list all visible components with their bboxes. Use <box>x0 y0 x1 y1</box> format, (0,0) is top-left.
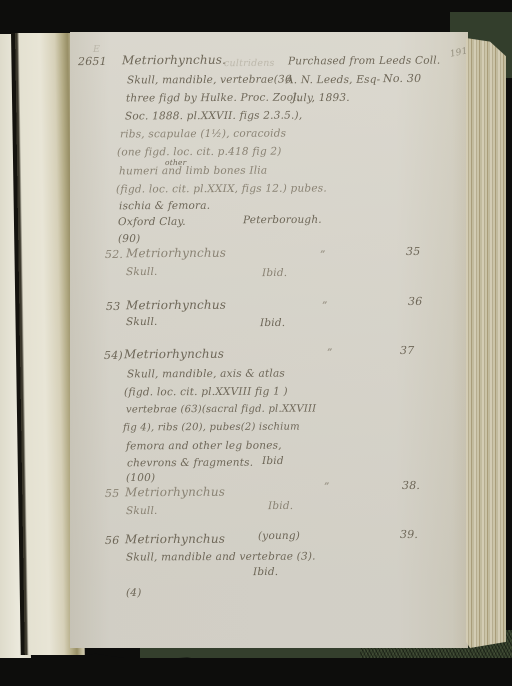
specimen-description-line: chevrons & fragments. <box>127 457 253 470</box>
age-note: (young) <box>258 530 300 542</box>
specimen-description-line: three figd by Hulke. Proc. Zool. <box>126 92 300 105</box>
register-page-photo: E 191 2651 Metriorhynchus. cultridens Pu… <box>0 0 512 686</box>
specimen-description-line: (one figd. loc. cit. p.418 fig 2) <box>117 146 282 159</box>
ditto-mark: ” <box>327 347 333 359</box>
specimen-description-line: humeri and limb bones Ilia <box>119 165 267 178</box>
acquisition-date: July, 1893. <box>292 92 350 104</box>
entry-number: 53 <box>106 300 120 313</box>
register-side-number: 37 <box>400 344 414 357</box>
entry-number: 54) <box>104 349 123 362</box>
specimen-description-line: (figd. loc. cit. pl.XXVIII fig 1 ) <box>124 386 288 399</box>
specimen-description-line: Skull, mandible, axis & atlas <box>127 368 285 381</box>
taxon-name: Metriorhynchus <box>124 347 224 362</box>
specimen-count: (4) <box>126 587 142 599</box>
specimen-description-line: femora and other leg bones, <box>126 440 282 453</box>
ibid-note: Ibid. <box>253 566 278 578</box>
page-stack-fore-edge <box>466 38 506 648</box>
taxon-name: Metriorhynchus. <box>122 53 226 68</box>
acquisition-note: A. N. Leeds, Esq- <box>286 74 380 86</box>
entry-number: 55 <box>105 487 119 500</box>
specimen-count: (90) <box>118 233 140 245</box>
ibid-note: Ibid. <box>262 267 287 279</box>
specimen-description-line: fig 4), ribs (20), pubes(2) ischium <box>123 422 300 434</box>
corner-mark: E <box>93 44 100 55</box>
taxon-name: Metriorhynchus <box>126 298 226 313</box>
specimen-count: (100) <box>126 472 155 484</box>
entry-number: 56 <box>105 534 119 547</box>
acquisition-note: Purchased from Leeds Coll. <box>288 55 440 68</box>
register-side-number: 36 <box>408 295 422 308</box>
pencil-species-note: cultridens <box>224 58 275 69</box>
specimen-description-line: Soc. 1888. pl.XXVII. figs 2.3.5.), <box>125 110 302 123</box>
specimen-description-line: Skull. <box>126 266 158 278</box>
specimen-description-line: ribs, scapulae (1½), coracoids <box>120 128 286 141</box>
register-side-number: 35 <box>406 245 420 258</box>
ibid-note: Ibid <box>262 455 284 467</box>
specimen-description-line: Skull. <box>126 505 158 517</box>
shadow-bottom <box>0 658 512 686</box>
ibid-note: Ibid. <box>260 317 285 329</box>
entry-number: 2651 <box>78 55 107 68</box>
ditto-mark: ” <box>322 300 328 312</box>
locality-note: Peterborough. <box>243 214 322 226</box>
taxon-name: Metriorhynchus <box>125 485 225 500</box>
specimen-description-line: vertebrae (63)(sacral figd. pl.XXVIII <box>126 404 316 416</box>
ibid-note: Ibid. <box>268 500 293 512</box>
taxon-name: Metriorhynchus <box>126 246 226 261</box>
specimen-description-line: Skull, mandible and vertebrae (3). <box>126 551 316 564</box>
ditto-mark: ” <box>320 249 326 261</box>
specimen-description-line: Skull. <box>126 316 158 328</box>
register-side-number: 39. <box>400 528 418 541</box>
entry-number: 52. <box>105 248 123 261</box>
register-side-number: No. 30 <box>383 72 421 85</box>
formation-note: Oxford Clay. <box>118 216 186 228</box>
register-side-number: 38. <box>402 479 420 492</box>
specimen-description-line: ischia & femora. <box>119 200 210 212</box>
specimen-description-line: (figd. loc. cit. pl.XXIX, figs 12.) pube… <box>116 182 327 195</box>
taxon-name: Metriorhynchus <box>125 532 225 547</box>
ditto-mark: ” <box>324 481 330 493</box>
specimen-description-line: Skull, mandible, vertebrae(36 <box>127 74 292 87</box>
